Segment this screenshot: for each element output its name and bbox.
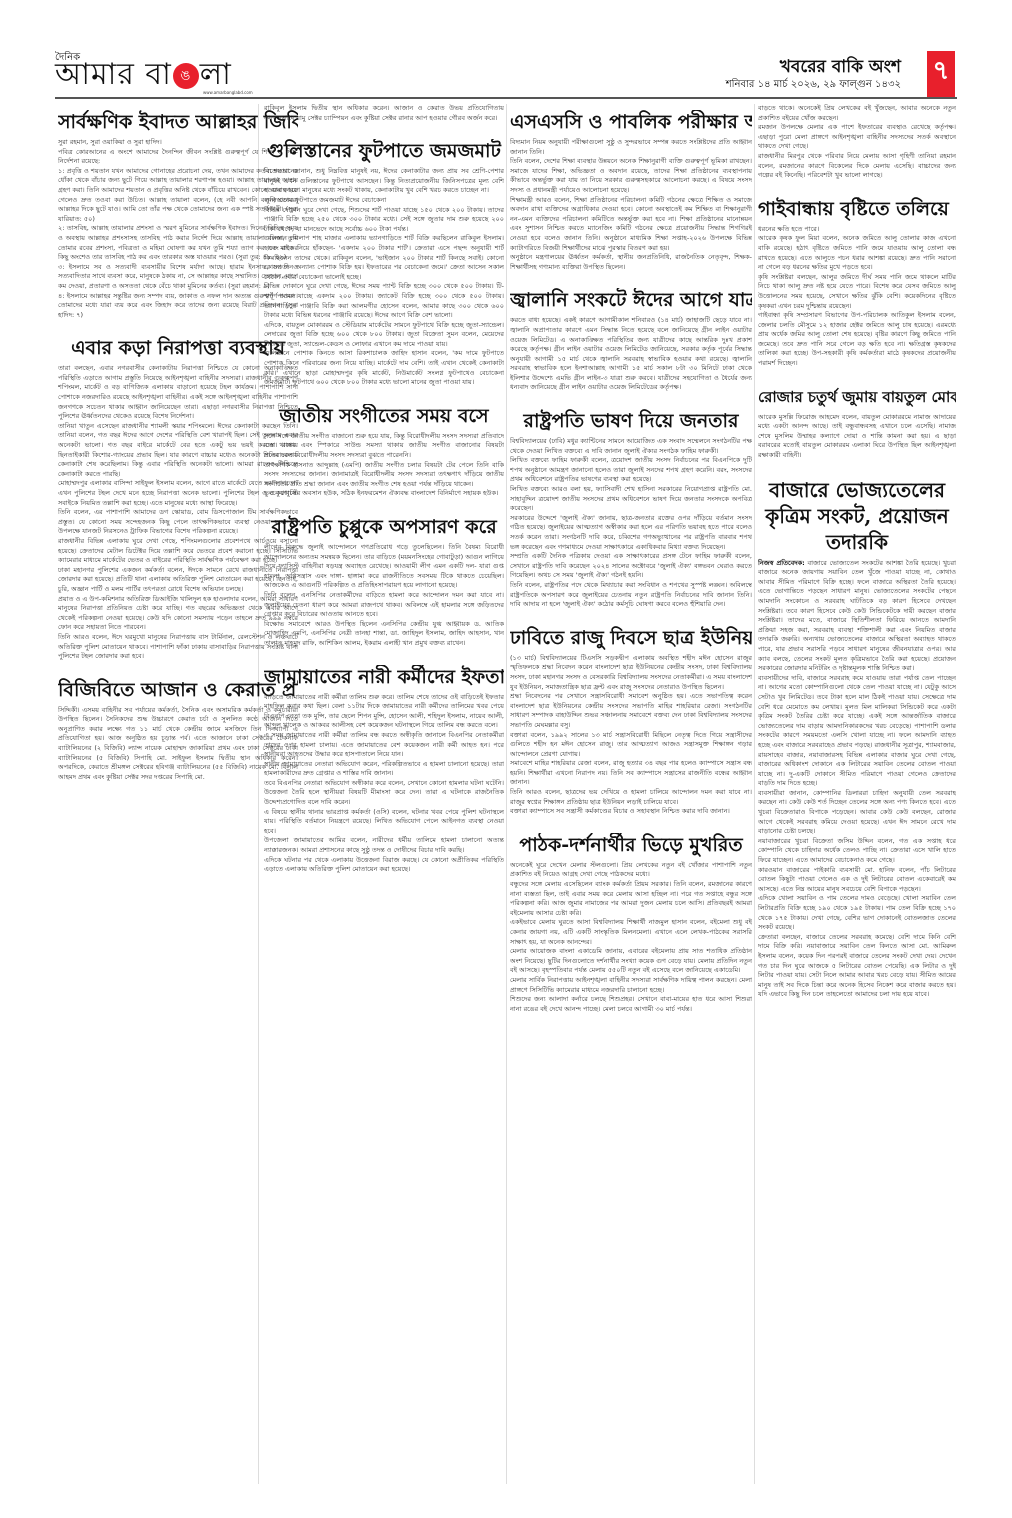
paragraph: মেলার সার্বিক নিরাপত্তায় আইনশৃঙ্খলা বাহ… [510, 976, 752, 995]
paragraph: লীগের বিরুদ্ধে জুলাই আন্দোলনে গণপ্রতিরোধ… [264, 543, 504, 591]
article-body: ধরনের ক্ষতি হতে পারে। আরেক কৃষক ফুল মিয়… [758, 225, 956, 369]
paragraph: বিভিন্ন দোকানে ঘুরে দেখা গেছে, ঈদের সময়… [264, 282, 504, 320]
article-body: লীগের বিরুদ্ধে জুলাই আন্দোলনে গণপ্রতিরোধ… [264, 543, 504, 649]
paragraph: লিখিত বক্তব্যে আরও বলা হয়, ফ্যাসিবাদী শ… [510, 485, 752, 514]
article-body: বিশ্ববিদ্যালয়ের (ঢাবি) মধুর ক্যান্টিনের… [510, 437, 752, 610]
article-headline[interactable]: জাতীয় সংগীতের সময় বসে [264, 404, 504, 428]
paragraph: স্থানীয় জামায়াতের নেতারা অভিযোগ করেন, … [264, 760, 504, 779]
date-line: শনিবার ১৪ মার্চ ২০২৬, ২৯ ফাল্গুন ১৪৩২ [726, 77, 901, 94]
article-body: সুরা রহমান, সুরা ওয়াকিয়া ও সুরা হাদিদ।… [58, 138, 298, 320]
article-headline[interactable]: রাষ্ট্রপতি ভাষণ দিয়ে জনতার [510, 409, 752, 433]
brand-logo-mark-icon: ঙ [173, 63, 199, 89]
paragraph: তিনি বলেন, এনসিপির নেতাকর্মীদের বাড়িতে … [264, 591, 504, 620]
masthead: দৈনিক আমার বাঙলা www.amarbanglabd.com খব… [55, 50, 957, 96]
paragraph: গুলিস্তান গোলাপ শাহ মাজার এলাকায় ভ্যানগ… [264, 234, 504, 282]
column-divider [506, 104, 507, 1484]
masthead-divider [55, 97, 957, 99]
paragraph: বিদ্যমান নিয়ম অনুযায়ী পরীক্ষাগুলো সুষ্… [510, 138, 752, 157]
paragraph: গুলিস্তানে পোশাক কিনতে আসা রিকশাচালক জাহ… [264, 349, 504, 387]
article-continuation: রাকিবুল ইসলাম দ্বিতীয় স্থান অধিকার করেন… [264, 104, 504, 123]
article-body: করতে বাধ্য হয়েছে। একই কারণে আগামীকাল শন… [510, 316, 752, 393]
paragraph: ব্যবসায়ীদের দাবি, বাজারে সরবরাহ কমে যাও… [758, 674, 956, 789]
paragraph: তিনি বলেন, রাষ্ট্রপতির পদে থেকে মিথ্যাচা… [510, 581, 752, 610]
paragraph: তারা বলছেন, এবার নগরবাসীর কেনাকাটায় নির… [58, 364, 298, 422]
paragraph: বাজারে ভোজ্যতেল সংকটের আশঙ্কা তৈরি হয়েছ… [758, 559, 956, 673]
paragraph: ধরনের ক্ষতি হতে পারে। [758, 225, 956, 235]
paragraph: ২: তাসবিহ, আল্লাহ তায়ালার প্রশংসা ও স্ম… [58, 224, 298, 262]
article-body: রাকিবুল ইসলাম দ্বিতীয় স্থান অধিকার করেন… [264, 104, 504, 123]
paragraph: বাড়িতে জামায়াতের নারী কর্মীরা তালিম শু… [264, 693, 504, 731]
paragraph: বক্তারা ক্যাম্পাসে সব সন্ত্রাসী কর্মকাণ্… [510, 807, 752, 817]
paragraph: বিভিন্ন দোকান ঘুরে দেখা গেছে, শিশুদের শা… [264, 206, 504, 235]
article-raju-day: ঢাবিতে রাজু দিবসে ছাত্র ইউনিয়নের (১৩ মা… [510, 626, 752, 817]
byline: নিজস্ব প্রতিবেদক: [758, 559, 805, 567]
article-body: বাড়িতে জামায়াতের নারী কর্মীরা তালিম শু… [264, 693, 504, 875]
paragraph: সমাবেশে মাহির শাহরিয়ার রেজা বলেন, রাজু … [510, 759, 752, 788]
article-headline[interactable]: রাষ্ট্রপতি চুপ্পুকে অপসারণ করে [264, 515, 504, 539]
paragraph: অনেকেই ঘুরে দেখেন মেলার স্টলগুলো। প্রিয়… [510, 861, 752, 880]
paragraph: বক্তারা বলেন, ১৯৯২ সালের ১৩ মার্চ সন্ত্র… [510, 731, 752, 760]
article-security: এবার কড়া নিরাপত্তা ব্যবস্থায় তারা বলছে… [58, 336, 298, 661]
paragraph: সঙ্গে সঙ্গে জাতীয় সংগীত বাজানো শুরু হয়… [264, 432, 504, 461]
paragraph: রমজান উপলক্ষে মেলার এক পাশে ইফতারের ব্যব… [758, 123, 956, 152]
paragraph: রাজধানীর বিভিন্ন এলাকায় ঘুরে দেখা গেছে,… [58, 537, 298, 566]
paragraph: আরেক কৃষক ফুল মিয়া বলেন, অনেক জমিতে আলু… [758, 234, 956, 272]
article-gulistan: গুলিস্তানের ফুটপাতে জমজমাট বিক্রেতারা জা… [264, 139, 504, 388]
paragraph: রাজধানীর মিরপুর থেকে পরিবার নিয়ে মেলায়… [758, 152, 956, 181]
paragraph: এ বিষয়ে স্থানীয় থানার ভারপ্রাপ্ত কর্মক… [264, 808, 504, 837]
paragraph: কারওয়ান বাজারের পাইকারি ব্যবসায়ী মো. হ… [758, 866, 956, 895]
column-divider [754, 104, 755, 1484]
paragraph: এদিকে, বায়তুল মোকাররম ও স্টেডিয়াম মার্… [264, 321, 504, 350]
article-national-anthem: জাতীয় সংগীতের সময় বসে সঙ্গে সঙ্গে জাতী… [264, 404, 504, 499]
article-ibadat: সার্বক্ষণিক ইবাদত আল্লাহর জিকির সুরা রহম… [58, 110, 298, 320]
paragraph: করতে বাধ্য হয়েছে। একই কারণে আগামীকাল শন… [510, 316, 752, 393]
article-body: নিজস্ব প্রতিবেদক: বাজারে ভোজ্যতেল সংকটের… [758, 559, 956, 1000]
paragraph: এ সময় জামায়াতের নারী কর্মীরা তালিম বন্… [264, 731, 504, 760]
paragraph: (১৩ মার্চ) বিশ্ববিদ্যালয়ের টিএসসি সড়কদ… [510, 654, 752, 692]
paragraph: এদিকে ঘটনার পর থেকে এলাকায় উত্তেজনা বির… [264, 856, 504, 875]
paragraph: বিক্রেতারা জানান, শুধু নিম্নবিত্ত মানুষই… [264, 167, 504, 196]
paragraph: বন্ধুদের সঙ্গে মেলায় এসেছিলেন ব্যাংক কর… [510, 880, 752, 918]
paragraph: তিনি বলেন, দেশের শিক্ষা ব্যবস্থার উন্নয়… [510, 157, 752, 195]
paragraph: শিক্ষামন্ত্রী আরও বলেন, শিক্ষা প্রতিষ্ঠা… [510, 196, 752, 254]
column-4: বাড়তে থাকে। অনেকেই প্রিয় লেখকের বই খুঁ… [758, 104, 956, 1484]
paragraph: উপজেলা জামায়াতের আমির বলেন, নারীদের ধর্… [264, 836, 504, 855]
article-headline[interactable]: বাজারে ভোজ্যতেলের কৃত্রিম সংকট, প্রয়োজন… [758, 477, 956, 555]
paragraph: ১: প্রবৃত্তি ও শয়তান যখন আমাদের গোনাহের… [58, 167, 298, 225]
paragraph: মেলার আয়োজক বাংলা একাডেমি জানায়, এবারে… [510, 947, 752, 976]
article-baitul-mukarram: রোজার চতুর্থ জুমায় বায়তুল মোকাররমে আরে… [758, 385, 956, 461]
paragraph: ৪: ইসলামে আল্লাহর সন্তুষ্টির জন্য সম্পদ … [58, 292, 298, 321]
paragraph: ক্রেতারা বলছেন, বাজারে তেলের সরবরাহ কমেছ… [758, 933, 956, 1000]
article-ssc-exam: এসএসসি ও পাবলিক পরীক্ষার আইন বিদ্যমান নি… [510, 110, 752, 272]
article-body: অনেকেই ঘুরে দেখেন মেলার স্টলগুলো। প্রিয়… [510, 861, 752, 1015]
article-headline[interactable]: এসএসসি ও পাবলিক পরীক্ষার আইন [510, 110, 752, 134]
article-body: সঙ্গে সঙ্গে জাতীয় সংগীত বাজানো শুরু হয়… [264, 432, 504, 499]
column-1: সার্বক্ষণিক ইবাদত আল্লাহর জিকির সুরা রহম… [58, 104, 298, 1484]
paragraph: তাৎক্ষণিক হাসনাত আব্দুল্লাহ (এমপি) জাতীয… [264, 461, 504, 490]
article-body: বিক্রেতারা জানান, শুধু নিম্নবিত্ত মানুষই… [264, 167, 504, 388]
paragraph: সুরা রহমান, সুরা ওয়াকিয়া ও সুরা হাদিদ। [58, 138, 298, 148]
article-fuel-crisis: জ্বালানি সংকটে ঈদের আগে যাত্রা করতে বাধ্… [510, 288, 752, 393]
article-headline[interactable]: জ্বালানি সংকটে ঈদের আগে যাত্রা [510, 288, 752, 312]
article-headline[interactable]: রোজার চতুর্থ জুমায় বায়তুল মোকাররমে [758, 385, 956, 409]
paragraph: বিশ্ববিদ্যালয়ের (ঢাবি) মধুর ক্যান্টিনের… [510, 437, 752, 456]
paragraph: আরেক মুসল্লি ফিরোজ আহমেদ বলেন, বায়তুল ম… [758, 413, 956, 461]
article-headline[interactable]: গাইবান্ধায় বৃষ্টিতে তলিয়ে গেছে [758, 197, 956, 221]
paragraph: শ্রদ্ধা নিবেদনের পর সেখানে সন্ত্রাসবিরোধ… [510, 692, 752, 730]
article-body: আরেক মুসল্লি ফিরোজ আহমেদ বলেন, বায়তুল ম… [758, 413, 956, 461]
article-continuation: বাড়তে থাকে। অনেকেই প্রিয় লেখকের বই খুঁ… [758, 104, 956, 181]
article-headline[interactable]: ঢাবিতে রাজু দিবসে ছাত্র ইউনিয়নের [510, 626, 752, 650]
article-book-fair: পাঠক-দর্শনার্থীর ভিড়ে মুখরিত অনেকেই ঘুর… [510, 833, 752, 1015]
paragraph: রাকিবুল ইসলাম দ্বিতীয় স্থান অধিকার করেন… [264, 104, 504, 123]
article-body: বিদ্যমান নিয়ম অনুযায়ী পরীক্ষাগুলো সুষ্… [510, 138, 752, 272]
paragraph: মোহাম্মদপুর এলাকার বাসিন্দা সাইফুল ইসলাম… [58, 479, 298, 508]
article-headline[interactable]: এবার কড়া নিরাপত্তা ব্যবস্থায় [58, 336, 298, 360]
paragraph: একইভাবে মেলায় ঘুরতে আসা বিশ্ববিদ্যালয় … [510, 918, 752, 947]
article-body: সিদ্দিকী। এসময় বাহিনীর সব পর্যায়ের কর্… [58, 706, 298, 783]
brand-name-part1: আমার বা [55, 57, 172, 92]
paragraph: সিদ্দিকী। এসময় বাহিনীর সব পর্যায়ের কর্… [58, 706, 298, 783]
paragraph: ব্যবসায়ীরা জানান, কোম্পানির ডিলাররা চাহ… [758, 789, 956, 837]
article-bgb-azan: বিজিবিতে আজান ও কেরাত প্রতিযোগিতায় সিদ্… [58, 678, 298, 783]
article-headline[interactable]: জামায়াতের নারী কর্মীদের ইফতারে [264, 665, 504, 689]
article-headline[interactable]: সার্বক্ষণিক ইবাদত আল্লাহর জিকির [58, 110, 298, 134]
paragraph: বাড়তে থাকে। অনেকেই প্রিয় লেখকের বই খুঁ… [758, 104, 956, 123]
paragraph: গুলিস্তানের ফুটপাতে জমজমাট ঈদের বেচাকেনা [264, 196, 504, 206]
column-3: এসএসসি ও পাবলিক পরীক্ষার আইন বিদ্যমান নি… [510, 104, 752, 1484]
paragraph: ৩: ইসলামে সব ও সত্যবাদী ব্যবসায়ীর বিশেষ… [58, 263, 298, 292]
article-jamaat-iftar: জামায়াতের নারী কর্মীদের ইফতারে বাড়িতে … [264, 665, 504, 875]
paragraph: তিনি আরও বলেন, ঈদে ঘরমুখো মানুষের নিরাপত… [58, 633, 298, 662]
article-body: (১৩ মার্চ) বিশ্ববিদ্যালয়ের টিএসসি সড়কদ… [510, 654, 752, 817]
brand-name-part2: লা [200, 57, 232, 92]
paragraph: সম্প্রতি একটি দৈনিক পত্রিকায় দেওয়া এক … [510, 552, 752, 581]
paragraph: গাইবান্ধা কৃষি সম্প্রসারণ বিভাগের উপ-পরি… [758, 311, 956, 369]
website-url[interactable]: www.amarbanglabd.com [203, 90, 253, 95]
paragraph: শিশুদের জন্য আলাদা কর্নারে চলছে শিশুপ্রহ… [510, 995, 752, 1014]
article-president-removal: রাষ্ট্রপতি চুপ্পুকে অপসারণ করে লীগের বির… [264, 515, 504, 649]
paragraph: এদিকে খোলা সয়াবিন ও পাম তেলের দামও বেড়… [758, 894, 956, 932]
paragraph: প্রয়াত ও এ উপ-কমিশনার অতিরিক্ত ডিআইজি খ… [58, 595, 298, 633]
article-body: তারা বলছেন, এবার নগরবাসীর কেনাকাটায় নির… [58, 364, 298, 661]
paragraph: তিনি আরও বলেন, ছাত্রদের ভয় দেখিয়ে ও হা… [510, 788, 752, 807]
article-headline[interactable]: বিজিবিতে আজান ও কেরাত প্রতিযোগিতায় [58, 678, 298, 702]
page-number-badge: ৭ [927, 51, 955, 98]
article-edible-oil: বাজারে ভোজ্যতেলের কৃত্রিম সংকট, প্রয়োজন… [758, 477, 956, 1000]
paragraph: বিক্ষোভ সমাবেশে আরও উপস্থিত ছিলেন এনসিপি… [264, 620, 504, 649]
article-body: বাড়তে থাকে। অনেকেই প্রিয় লেখকের বই খুঁ… [758, 104, 956, 181]
paragraph: কৃষি সংশ্লিষ্টরা বলছেন, আলুর জমিতে দীর্ঘ… [758, 273, 956, 311]
column-2: রাকিবুল ইসলাম দ্বিতীয় স্থান অধিকার করেন… [264, 104, 504, 1484]
paragraph: তিনি বলেন, এর পাশাপাশি আমাদের ডগ স্কোয়া… [58, 508, 298, 537]
paragraph: নয়াবাজারের খুচরা বিক্রেতা জসিম উদ্দিন ব… [758, 837, 956, 866]
paragraph: পবিত্র কোরআনের এ অংশে আমাদের দৈনন্দিন জী… [58, 148, 298, 167]
paragraph: লিখিত বক্তব্যে ফাহিম ফারুকী বলেন, ত্রয়ো… [510, 456, 752, 485]
paragraph: তানিয়া খাতুন এসেছেন রাজধানীর শ্যামলী স্… [58, 422, 298, 480]
paragraph: অনুষ্ঠানে মন্ত্রণালয়ের ঊর্ধ্বতন কর্মকর্… [510, 253, 752, 272]
article-gaibandha-rain: গাইবান্ধায় বৃষ্টিতে তলিয়ে গেছে ধরনের ক… [758, 197, 956, 369]
article-president-speech: রাষ্ট্রপতি ভাষণ দিয়ে জনতার বিশ্ববিদ্যাল… [510, 409, 752, 610]
paragraph: ভুল বুঝাবুঝির অবসান হউক, সঠিক ইনফরমেশন ঐ… [264, 489, 504, 499]
article-headline[interactable]: গুলিস্তানের ফুটপাতে জমজমাট [264, 139, 504, 163]
article-headline[interactable]: পাঠক-দর্শনার্থীর ভিড়ে মুখরিত [510, 833, 752, 857]
paragraph: তবে বিএনপির নেতারা অভিযোগ অস্বীকার করে ব… [264, 779, 504, 808]
paragraph: ঢাকা মহানগর পুলিশের একজন কর্মকর্তা বলেন,… [58, 566, 298, 595]
newspaper-logo[interactable]: আমার বাঙলা [55, 59, 232, 91]
paragraph: সরকারের উদ্দেশে 'জুলাই ঐক্য' জানায়, ছাত… [510, 514, 752, 552]
